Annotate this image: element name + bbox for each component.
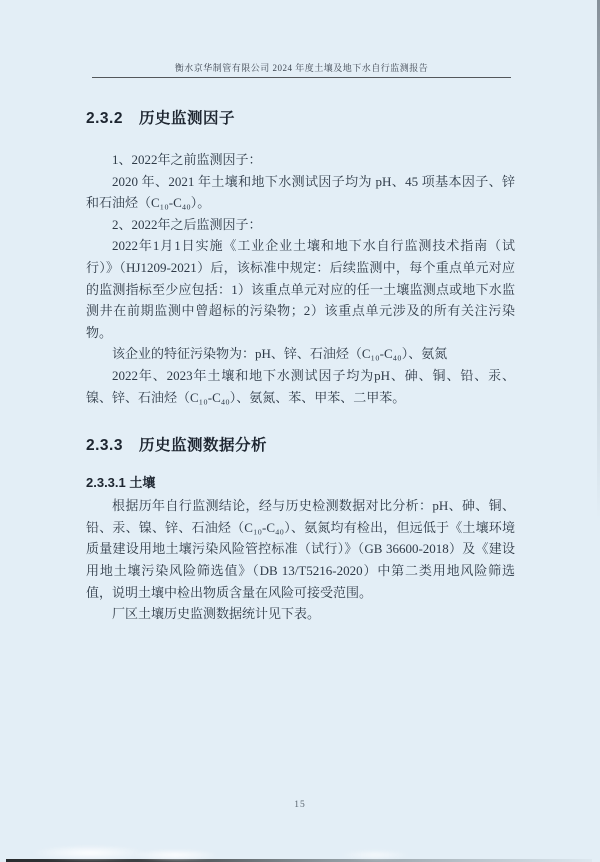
page-number: 15 (0, 800, 600, 810)
section-heading-2-3-2: 2.3.2 历史监测因子 (86, 106, 515, 128)
paragraph: 厂区土壤历史监测数据统计见下表。 (86, 603, 515, 625)
section-heading-2-3-3: 2.3.3 历史监测数据分析 (86, 433, 515, 455)
subsection-heading-2-3-3-1: 2.3.3.1 土壤 (86, 472, 515, 491)
paragraph: 2、2022年之后监测因子： (86, 214, 515, 236)
paragraph: 2022年1月1日实施《工业企业土壤和地下水自行监测技术指南（试行）》（HJ12… (86, 235, 515, 343)
paragraph: 该企业的特征污染物为：pH、锌、石油烃（C₁₀-C₄₀）、氨氮 (86, 343, 515, 365)
report-header: 衡水京华制管有限公司 2024 年度土壤及地下水自行监测报告 (92, 61, 511, 78)
scan-artifact-blotch (340, 850, 410, 860)
report-header-title: 衡水京华制管有限公司 2024 年度土壤及地下水自行监测报告 (175, 63, 429, 73)
paragraph: 1、2022年之前监测因子： (86, 149, 515, 171)
paragraph: 2020 年、2021 年土壤和地下水测试因子均为 pH、45 项基本因子、锌和… (86, 171, 515, 214)
document-page: 衡水京华制管有限公司 2024 年度土壤及地下水自行监测报告 2.3.2 历史监… (0, 0, 600, 862)
scan-artifact-blotch (130, 849, 220, 861)
page-content: 2.3.2 历史监测因子 1、2022年之前监测因子： 2020 年、2021 … (86, 106, 515, 625)
paragraph: 根据历年自行监测结论，经与历史检测数据对比分析：pH、砷、铜、铅、汞、镍、锌、石… (86, 495, 515, 603)
paragraph: 2022年、2023年土壤和地下水测试因子均为pH、砷、铜、铅、汞、镍、锌、石油… (86, 365, 515, 408)
